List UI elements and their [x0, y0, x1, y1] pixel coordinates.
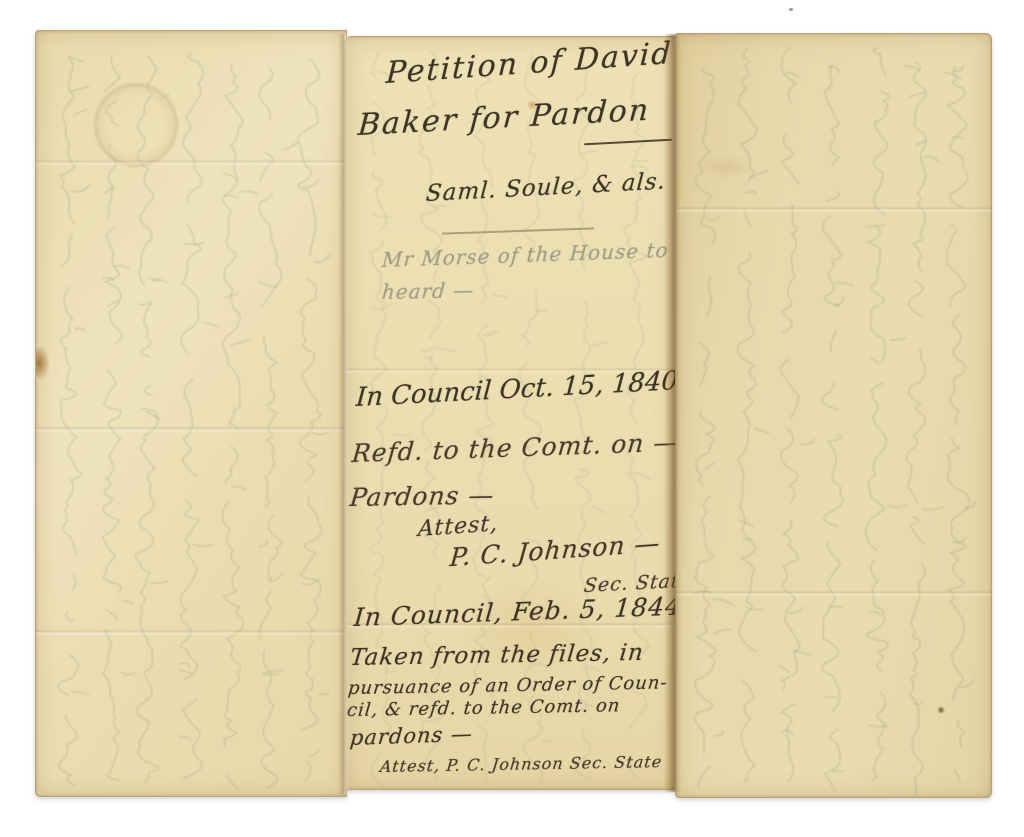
pencil-note-line1: Mr Morse of the House to be: [381, 239, 677, 270]
council-1844-line4: cil, & refd. to the Comt. on: [346, 697, 621, 720]
council-1840-referred-line: Refd. to the Comt. on —: [351, 430, 677, 467]
panel-center-docket: Petition of David Baker for Pardon Saml.…: [345, 36, 677, 790]
stain: [696, 154, 756, 180]
stain: [35, 345, 50, 381]
panel-right-blank: [675, 33, 992, 798]
council-1844-date-line: In Council, Feb. 5, 1844,: [353, 593, 677, 630]
pencil-note-line2: heard —: [381, 280, 475, 302]
crease-line: [36, 629, 346, 636]
council-1844-pardons-line: pardons —: [349, 724, 474, 749]
petitioners-line: Saml. Soule, & als.: [425, 170, 667, 206]
document-sheet: Petition of David Baker for Pardon Saml.…: [35, 28, 990, 800]
attest-label: Attest,: [417, 513, 498, 541]
flourish-dash: [584, 139, 672, 146]
bleedthrough-texture: [676, 34, 991, 797]
stain: [937, 706, 945, 714]
crease-line: [36, 426, 346, 433]
council-1840-date-line: In Council Oct. 15, 1840.: [355, 368, 677, 411]
scan-background: { "colors":{"background":"#ffffff","pape…: [0, 0, 1024, 837]
panel-left-blank: [35, 30, 347, 797]
embossed-seal-watermark: [94, 83, 178, 167]
docket-title-line2: Baker for Pardon: [357, 96, 651, 141]
dust-speck: [789, 8, 793, 11]
council-1844-attest-line: Attest, P. C. Johnson Sec. State: [379, 754, 663, 775]
council-1840-pardons-line: Pardons —: [349, 482, 496, 510]
council-1844-line2: Taken from the files, in: [349, 642, 645, 670]
crease-line: [676, 206, 991, 213]
bleedthrough-texture: [36, 31, 346, 796]
docket-title-line1: Petition of David: [385, 39, 673, 89]
underline-rule: [442, 227, 594, 234]
crease-line: [36, 159, 346, 166]
crease-line: [676, 590, 991, 597]
